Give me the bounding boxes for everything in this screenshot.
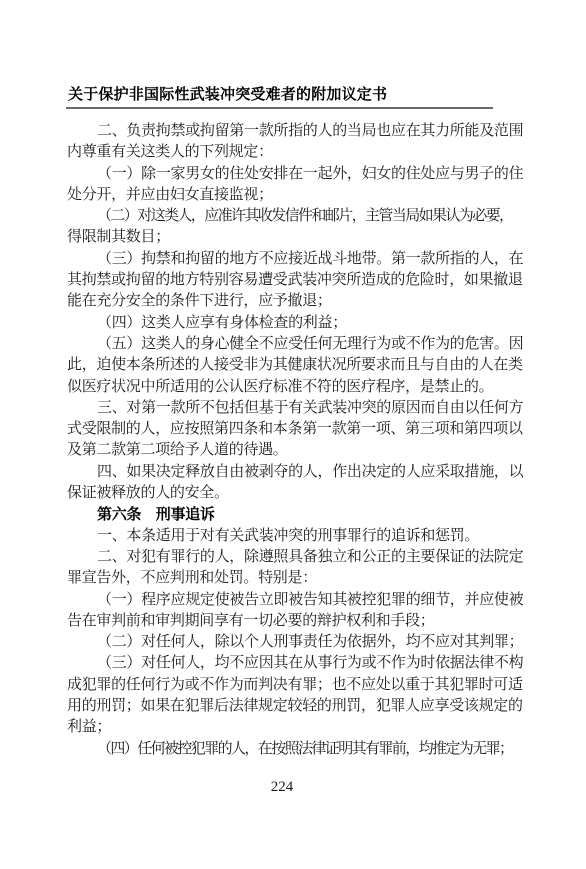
text-line: 利益； — [67, 717, 537, 738]
text-line: （三）对任何人，均不应因其在从事行为或不作为时依据法律不构 — [67, 653, 537, 674]
running-header-title: 关于保护非国际性武装冲突受难者的附加议定书 — [68, 83, 387, 104]
text-line: 能在充分安全的条件下进行，应予撤退； — [67, 291, 537, 312]
text-line: （三）拘禁和拘留的地方不应接近战斗地带。第一款所指的人，在 — [67, 249, 537, 270]
text-line: （五）这类人的身心健全不应受任何无理行为或不作为的危害。因 — [67, 334, 537, 355]
text-line: 处分开，并应由妇女直接监视； — [67, 185, 537, 206]
page-number: 224 — [271, 779, 294, 796]
text-line: 其拘禁或拘留的地方特别容易遭受武装冲突所造成的危险时，如果撤退 — [67, 270, 537, 291]
text-line: 似医疗状况中所适用的公认医疗标准不符的医疗程序，是禁止的。 — [67, 377, 537, 398]
text-line: （二）对这类人，应准许其收发信件和邮片，主管当局如果认为必要， — [67, 206, 537, 227]
text-line: 二、对犯有罪行的人，除遵照具备独立和公正的主要保证的法院定 — [67, 547, 537, 568]
document-page: 关于保护非国际性武装冲突受难者的附加议定书 二、负责拘禁或拘留第一款所指的人的当… — [0, 0, 586, 869]
text-line: 得限制其数目； — [67, 227, 537, 248]
text-line: （四）这类人应享有身体检查的利益； — [67, 313, 537, 334]
header-rule — [66, 107, 493, 109]
text-line: 此，迫使本条所述的人接受非为其健康状况所要求而且与自由的人在类 — [67, 355, 537, 376]
text-line: 保证被释放的人的安全。 — [67, 483, 537, 504]
text-line: 成犯罪的任何行为或不作为而判决有罪；也不应处以重于其犯罪时可适 — [67, 675, 537, 696]
text-line: 及第二款第二项给予人道的待遇。 — [67, 440, 537, 461]
text-line: 内尊重有关这类人的下列规定： — [67, 142, 537, 163]
document-body: 二、负责拘禁或拘留第一款所指的人的当局也应在其力所能及范围内尊重有关这类人的下列… — [67, 121, 537, 760]
text-line: （四）任何被控犯罪的人，在按照法律证明其有罪前，均推定为无罪； — [67, 739, 537, 760]
text-line: （一）除一家男女的住处安排在一起外，妇女的住处应与男子的住 — [67, 164, 537, 185]
text-line: 三、对第一款所不包括但基于有关武装冲突的原因而自由以任何方 — [67, 398, 537, 419]
text-line: （二）对任何人，除以个人刑事责任为依据外，均不应对其判罪； — [67, 632, 537, 653]
text-line: 一、本条适用于对有关武装冲突的刑事罪行的追诉和惩罚。 — [67, 526, 537, 547]
text-line: 罪宣告外，不应判刑和处罚。特别是： — [67, 568, 537, 589]
section-heading: 第六条 刑事追诉 — [67, 504, 537, 525]
text-line: 二、负责拘禁或拘留第一款所指的人的当局也应在其力所能及范围 — [67, 121, 537, 142]
text-line: （一）程序应规定使被告立即被告知其被控犯罪的细节，并应使被 — [67, 590, 537, 611]
text-line: 式受限制的人，应按照第四条和本条第一款第一项、第三项和第四项以 — [67, 419, 537, 440]
text-line: 四、如果决定释放自由被剥夺的人，作出决定的人应采取措施，以 — [67, 462, 537, 483]
text-line: 用的刑罚；如果在犯罪后法律规定较轻的刑罚，犯罪人应享受该规定的 — [67, 696, 537, 717]
text-line: 告在审判前和审判期间享有一切必要的辩护权利和手段； — [67, 611, 537, 632]
